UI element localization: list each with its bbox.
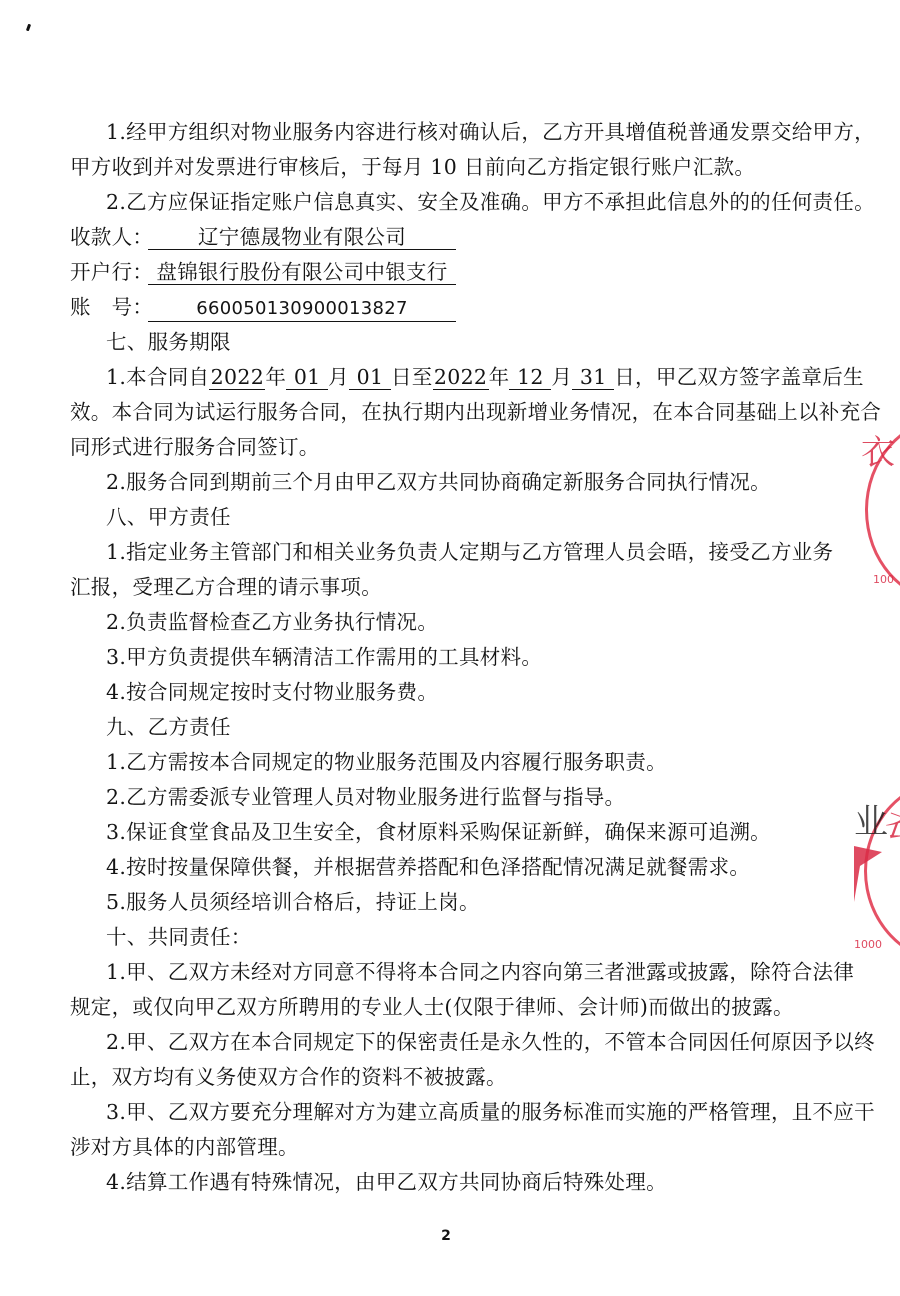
seal-char: 衣	[861, 425, 895, 474]
bank-value: 盘锦银行股份有限公司中银支行	[148, 260, 456, 285]
section-10-clause-1-line-1: 1.甲、乙双方未经对方同意不得将本合同之内容向第三者泄露或披露，除符合法律	[106, 958, 866, 986]
section-10-heading: 十、共同责任：	[106, 923, 866, 951]
section-8-heading: 八、甲方责任	[106, 503, 866, 531]
term-prefix: 1.本合同自	[106, 365, 209, 389]
section-9-clause-4: 4.按时按量保障供餐，并根据营养搭配和色泽搭配情况满足就餐需求。	[106, 853, 866, 881]
section-10-clause-3-line-2: 涉对方具体的内部管理。	[70, 1133, 830, 1161]
year-char-2: 年	[489, 365, 510, 389]
section-9-clause-5: 5.服务人员须经培训合格后，持证上岗。	[106, 888, 866, 916]
section-10-clause-2-line-1: 2.甲、乙双方在本合同规定下的保密责任是永久性的，不管本合同因任何原因予以终	[106, 1028, 866, 1056]
end-day: 31	[572, 365, 614, 390]
to-char: 日至	[391, 365, 433, 389]
account-label: 账 号：	[70, 293, 148, 321]
section-7-clause-1-line-1: 1.本合同自2022年01月01日至2022年12月31日，甲乙双方签字盖章后生	[106, 363, 866, 391]
payment-clause-1-line-2: 甲方收到并对发票进行审核后，于每月 10 日前向乙方指定银行账户汇款。	[70, 153, 830, 181]
scan-mark	[26, 24, 31, 32]
section-10-clause-1-line-2: 规定，或仅向甲乙双方所聘用的专业人士(仅限于律师、会计师)而做出的披露。	[70, 993, 830, 1021]
payee-row: 收款人：辽宁德晟物业有限公司	[70, 223, 830, 251]
seal-stamp-bottom: 业 衣 1000	[852, 770, 900, 970]
payee-value: 辽宁德晟物业有限公司	[148, 225, 456, 250]
seal-star-icon	[852, 840, 900, 910]
section-9-clause-2: 2.乙方需委派专业管理人员对物业服务进行监督与指导。	[106, 783, 866, 811]
document-page: 1.经甲方组织对物业服务内容进行核对确认后，乙方开具增值税普通发票交给甲方， 甲…	[0, 0, 900, 1296]
seal-number: 100	[873, 573, 894, 586]
payment-clause-2: 2.乙方应保证指定账户信息真实、安全及准确。甲方不承担此信息外的的任何责任。	[106, 188, 866, 216]
payment-clause-1-line-1: 1.经甲方组织对物业服务内容进行核对确认后，乙方开具增值税普通发票交给甲方，	[106, 118, 866, 146]
section-10-clause-3-line-1: 3.甲、乙双方要充分理解对方为建立高质量的服务标准而实施的严格管理，且不应干	[106, 1098, 866, 1126]
bank-label: 开户行：	[70, 258, 148, 286]
section-7-clause-2: 2.服务合同到期前三个月由甲乙双方共同协商确定新服务合同执行情况。	[106, 468, 866, 496]
section-9-clause-3: 3.保证食堂食品及卫生安全，食材原料采购保证新鲜，确保来源可追溯。	[106, 818, 866, 846]
section-7-heading: 七、服务期限	[106, 328, 866, 356]
seal-stamp-top: 衣 100	[855, 405, 900, 605]
month-char-2: 月	[551, 365, 572, 389]
seal-number: 1000	[854, 938, 882, 951]
year-char: 年	[265, 365, 286, 389]
payee-label: 收款人：	[70, 223, 148, 251]
month-char: 月	[328, 365, 349, 389]
section-10-clause-4: 4.结算工作遇有特殊情况，由甲乙双方共同协商后特殊处理。	[106, 1168, 866, 1196]
section-7-clause-1-line-3: 同形式进行服务合同签订。	[70, 433, 830, 461]
section-8-clause-1-line-2: 汇报，受理乙方合理的请示事项。	[70, 573, 830, 601]
section-10-clause-2-line-2: 止，双方均有义务使双方合作的资料不被披露。	[70, 1063, 830, 1091]
section-8-clause-3: 3.甲方负责提供车辆清洁工作需用的工具材料。	[106, 643, 866, 671]
end-year: 2022	[433, 365, 489, 390]
start-year: 2022	[209, 365, 265, 390]
start-month: 01	[286, 365, 328, 390]
bank-row: 开户行：盘锦银行股份有限公司中银支行	[70, 258, 830, 286]
term-suffix: 日，甲乙双方签字盖章后生	[614, 365, 864, 389]
section-8-clause-1-line-1: 1.指定业务主管部门和相关业务负责人定期与乙方管理人员会晤，接受乙方业务	[106, 538, 866, 566]
section-9-heading: 九、乙方责任	[106, 713, 866, 741]
section-8-clause-4: 4.按合同规定按时支付物业服务费。	[106, 678, 866, 706]
account-value: 660050130900013827	[148, 297, 456, 322]
section-8-clause-2: 2.负责监督检查乙方业务执行情况。	[106, 608, 866, 636]
end-month: 12	[509, 365, 551, 390]
start-day: 01	[349, 365, 391, 390]
page-number: 2	[0, 1228, 892, 1244]
account-row: 账 号：660050130900013827	[70, 293, 830, 322]
section-7-clause-1-line-2: 效。本合同为试运行服务合同，在执行期内出现新增业务情况，在本合同基础上以补充合	[70, 398, 830, 426]
section-9-clause-1: 1.乙方需按本合同规定的物业服务范围及内容履行服务职责。	[106, 748, 866, 776]
